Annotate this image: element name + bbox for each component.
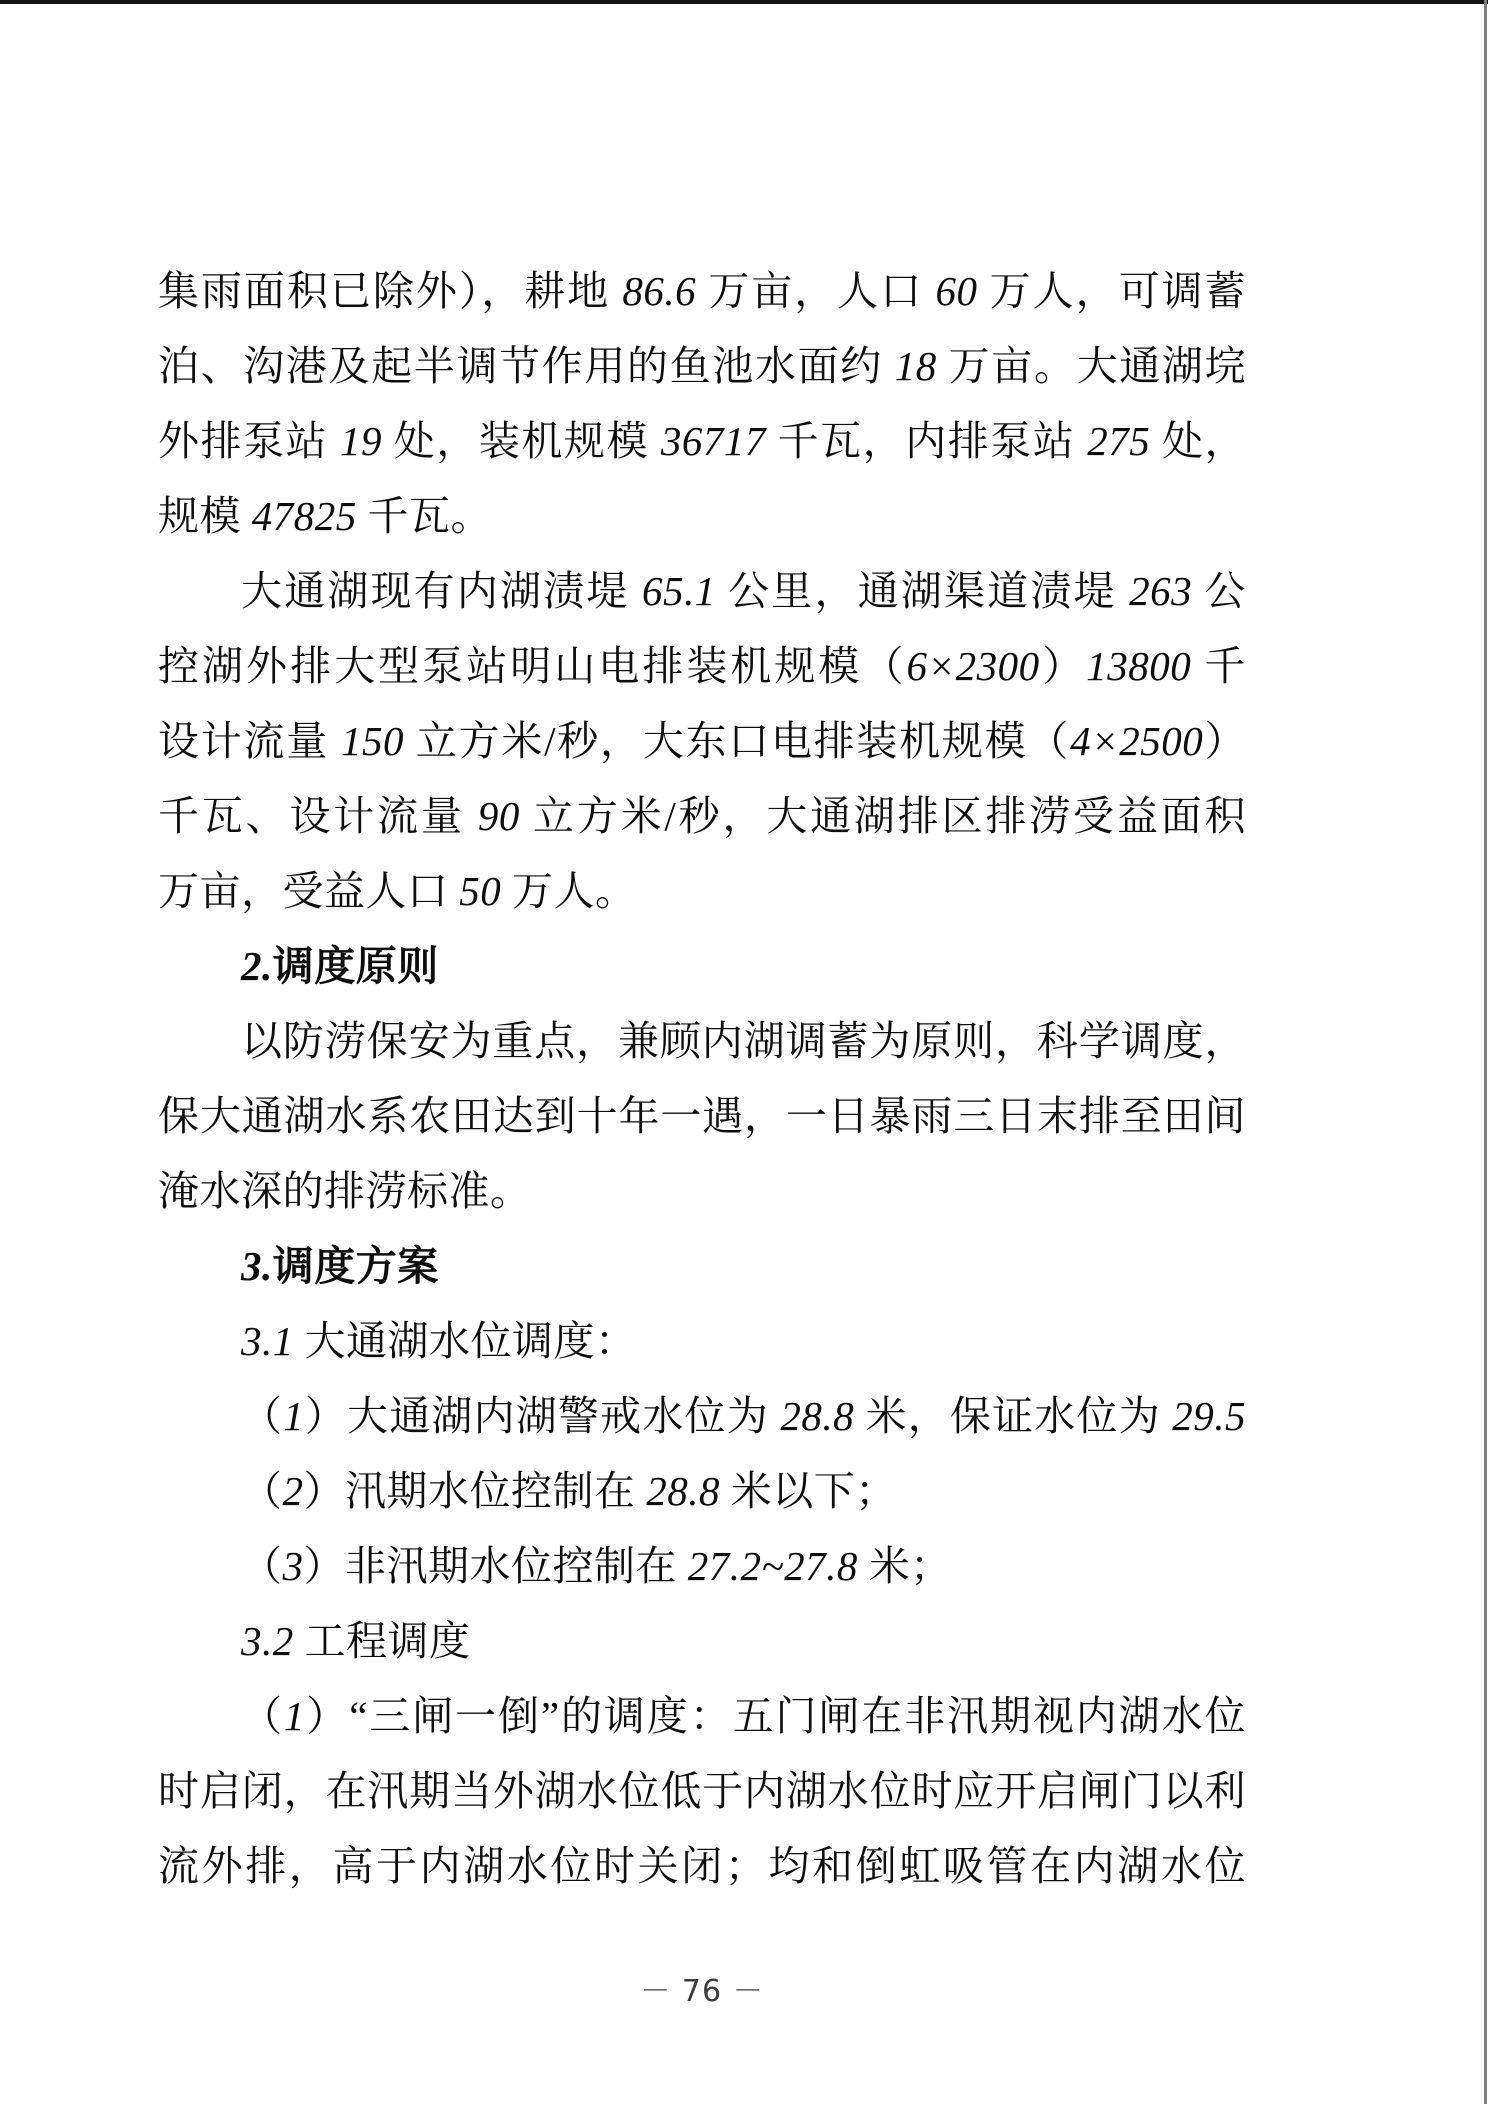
text-line: （3）非汛期水位控制在 27.2~27.8 米； [158,1529,1246,1604]
page-top-edge [0,0,1488,4]
text-body: 集雨面积已除外），耕地 86.6 万亩，人口 60 万人，可调蓄湖泊、沟港及起半… [158,254,1246,1904]
text-line: 外排泵站 19 处，装机规模 36717 千瓦，内排泵站 275 处，装机 [158,404,1246,479]
text-line: 千瓦、设计流量 90 立方米/秒，大通湖排区排涝受益面积 151 [158,779,1246,854]
text-line: （2）汛期水位控制在 28.8 米以下； [158,1454,1246,1529]
page-number: － 76 － [158,1970,1246,2014]
text-line: （1）大通湖内湖警戒水位为 28.8 米，保证水位为 29.5 米。 [158,1379,1246,1454]
text-line: 3.1 大通湖水位调度： [158,1304,1246,1379]
text-line: 3.调度方案 [158,1229,1246,1304]
text-line: 大通湖现有内湖渍堤 65.1 公里，通湖渠道渍堤 263 公里， [158,554,1246,629]
text-line: 流外排，高于内湖水位时关闭；均和倒虹吸管在内湖水位 28.0 [158,1829,1246,1904]
text-line: （1）“三闸一倒”的调度：五门闸在非汛期视内湖水位适 [158,1679,1246,1754]
text-line: 时启闭，在汛期当外湖水位低于内湖水位时应开启闸门以利自 [158,1754,1246,1829]
text-line: 2.调度原则 [158,929,1246,1004]
text-line: 控湖外排大型泵站明山电排装机规模（6×2300）13800 千瓦、 [158,629,1246,704]
text-line: 规模 47825 千瓦。 [158,479,1246,554]
text-line: 泊、沟港及起半调节作用的鱼池水面约 18 万亩。大通湖垸现有 [158,329,1246,404]
text-line: 集雨面积已除外），耕地 86.6 万亩，人口 60 万人，可调蓄湖 [158,254,1246,329]
text-line: 保大通湖水系农田达到十年一遇，一日暴雨三日末排至田间耐 [158,1079,1246,1154]
text-line: 3.2 工程调度 [158,1604,1246,1679]
text-line: 万亩，受益人口 50 万人。 [158,854,1246,929]
text-line: 设计流量 150 立方米/秒，大东口电排装机规模（4×2500）10000 [158,704,1246,779]
page-right-edge [1484,0,1487,2104]
text-line: 淹水深的排涝标准。 [158,1154,1246,1229]
text-line: 以防涝保安为重点，兼顾内湖调蓄为原则，科学调度，确 [158,1004,1246,1079]
